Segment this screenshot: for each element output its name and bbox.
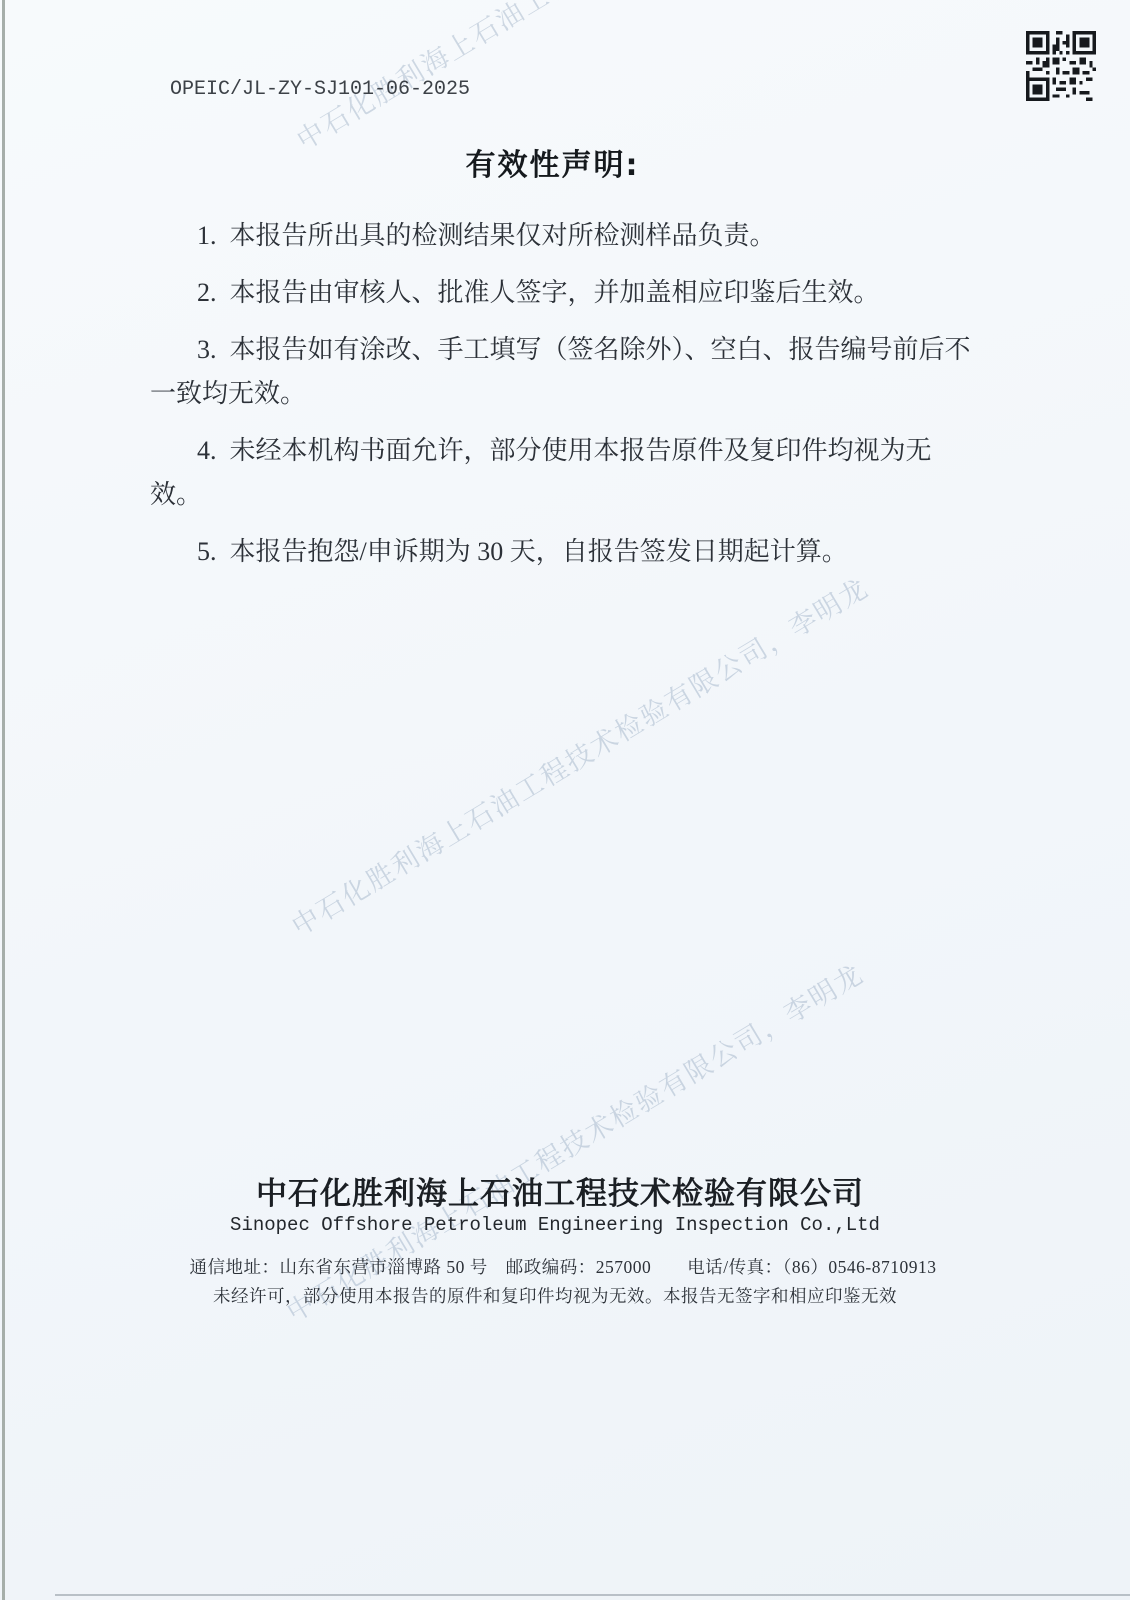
scanned-report-page: 中石化胜利海上石油工程技术检验有限公司，李明龙 中石化胜利海上石油工程技术检验有… — [0, 0, 1130, 1600]
qr-code-icon — [1024, 31, 1098, 101]
footer-notice-line: 未经许可，部分使用本报告的原件和复印件均视为无效。本报告无签字和相应印鉴无效 — [0, 1283, 1110, 1308]
statement-list: 1.本报告所出具的检测结果仅对所检测样品负责。 2.本报告由审核人、批准人签字，… — [150, 214, 982, 587]
statement-item: 5.本报告抱怨/申诉期为 30 天，自报告签发日期起计算。 — [150, 530, 982, 574]
statement-text: 本报告抱怨/申诉期为 30 天，自报告签发日期起计算。 — [230, 537, 848, 566]
document-code: OPEIC/JL-ZY-SJ101-06-2025 — [170, 78, 470, 101]
scan-edge-left — [2, 0, 5, 1600]
statement-number: 1. — [197, 221, 217, 250]
watermark-text: 中石化胜利海上石油工程技术检验有限公司，李明龙 — [283, 566, 875, 943]
company-name-en: Sinopec Offshore Petroleum Engineering I… — [0, 1214, 1110, 1236]
statement-item: 4.未经本机构书面允许，部分使用本报告原件及复印件均视为无效。 — [150, 429, 982, 517]
statement-number: 3. — [197, 335, 217, 364]
statement-text: 本报告如有涂改、手工填写（签名除外）、空白、报告编号前后不一致均无效。 — [150, 335, 971, 408]
company-name-cn: 中石化胜利海上石油工程技术检验有限公司 — [0, 1168, 1120, 1213]
statement-number: 2. — [197, 278, 217, 307]
statement-item: 1.本报告所出具的检测结果仅对所检测样品负责。 — [150, 214, 982, 258]
statement-item: 3.本报告如有涂改、手工填写（签名除外）、空白、报告编号前后不一致均无效。 — [150, 328, 982, 416]
page-title: 有效性声明: — [0, 140, 1105, 184]
statement-text: 未经本机构书面允许，部分使用本报告原件及复印件均视为无效。 — [150, 436, 932, 509]
statement-number: 4. — [197, 436, 217, 465]
scan-edge-bottom — [55, 1594, 1130, 1596]
statement-text: 本报告由审核人、批准人签字，并加盖相应印鉴后生效。 — [230, 278, 880, 307]
statement-number: 5. — [197, 537, 217, 566]
company-contact-line: 通信地址：山东省东营市淄博路 50 号 邮政编码：257000 电话/传真：（8… — [0, 1254, 1126, 1279]
statement-item: 2.本报告由审核人、批准人签字，并加盖相应印鉴后生效。 — [150, 271, 982, 315]
statement-text: 本报告所出具的检测结果仅对所检测样品负责。 — [230, 221, 776, 250]
